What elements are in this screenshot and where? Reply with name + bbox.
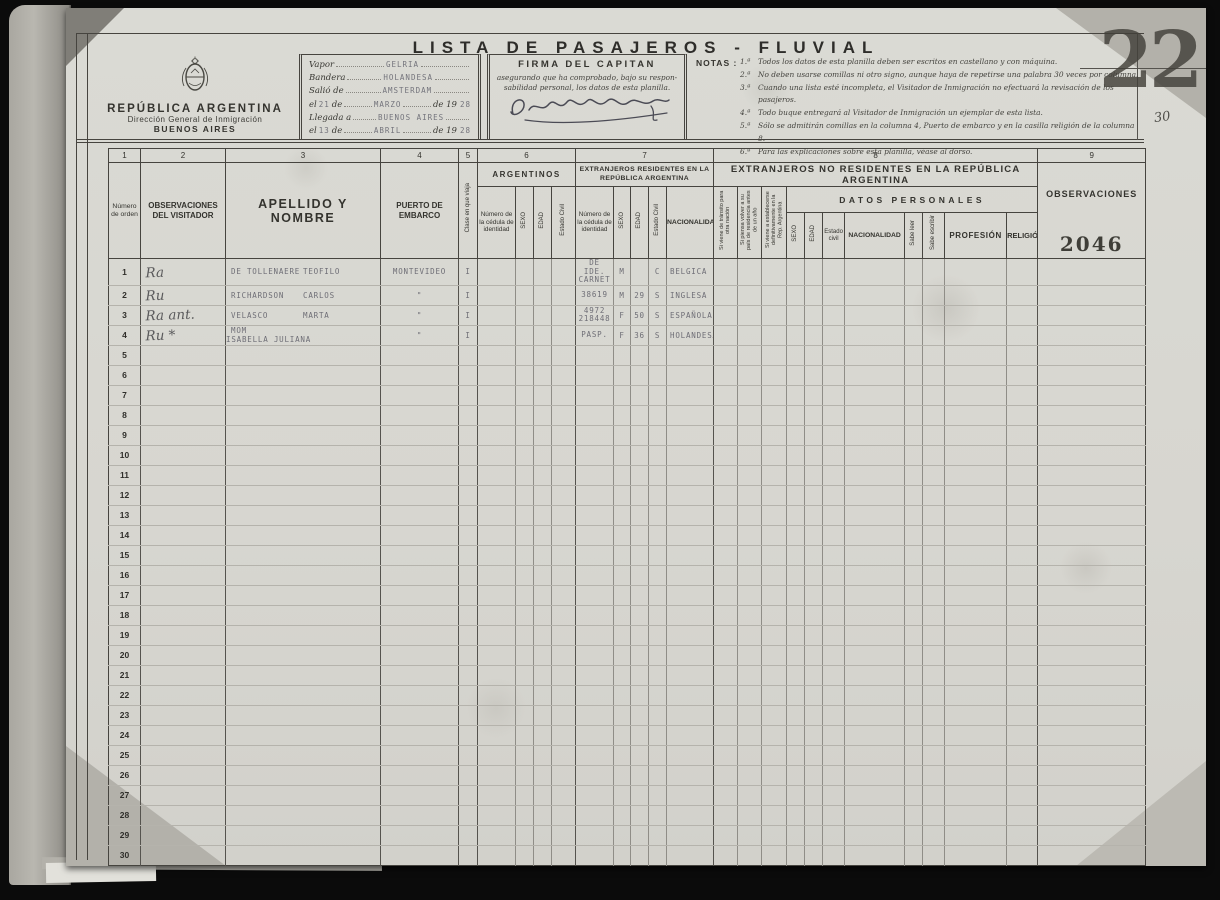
table-cell [1007,785,1038,805]
table-cell [905,365,923,385]
table-cell [614,825,631,845]
table-cell [845,285,905,305]
departure-day: 21 [319,100,330,109]
table-cell [478,465,516,485]
passenger-table: 1 2 3 4 5 6 7 8 9 Número de orden OBSERV… [108,148,1146,866]
table-cell [762,485,787,505]
table-row: 14 [109,525,1146,545]
table-cell [823,525,845,545]
table-cell [516,605,534,625]
table-cell [905,605,923,625]
table-cell [478,605,516,625]
table-cell [1007,545,1038,565]
table-cell [1038,805,1146,825]
table-cell [762,565,787,585]
table-cell [845,605,905,625]
table-cell [226,425,381,445]
table-cell [787,705,805,725]
table-cell: I [459,285,478,305]
table-cell [1038,685,1146,705]
header-group-argentinos: ARGENTINOS [478,163,576,187]
table-cell: 19 [109,625,141,645]
table-cell [905,705,923,725]
table-cell [576,485,614,505]
table-cell [552,585,576,605]
table-cell [649,505,667,525]
table-cell [478,425,516,445]
table-body: 1RaDE TOLLENAERETEOFILOMONTEVIDEOIDE IDE… [109,259,1146,866]
table-cell [787,505,805,525]
table-cell [714,485,738,505]
table-cell [738,325,762,345]
table-cell [667,645,714,665]
table-cell [614,785,631,805]
header-estado-civil-arg: Estado Civil [552,187,576,259]
table-cell: 8 [109,405,141,425]
header-cedula-ext: Número de la cédula de identidad [576,187,614,259]
table-cell: " [381,325,459,345]
table-cell [1038,285,1146,305]
table-cell [805,365,823,385]
table-cell [534,305,552,325]
table-cell [805,845,823,865]
table-cell [905,625,923,645]
header-estado-civil-ext: Estado Civil [649,187,667,259]
table-cell [534,665,552,685]
table-cell [823,385,845,405]
table-cell [805,485,823,505]
table-cell [845,405,905,425]
table-cell [478,305,516,325]
table-cell [1007,259,1038,286]
table-cell [1038,765,1146,785]
header-nacionalidad-ext: NACIONALIDAD [667,187,714,259]
table-cell [714,545,738,565]
table-cell [478,845,516,865]
table-cell: " [381,305,459,325]
col-number: 1 [109,149,141,163]
table-cell [631,625,649,645]
header-observaciones: OBSERVACIONES 2046 [1038,163,1146,259]
table-cell [667,845,714,865]
table-cell [714,385,738,405]
table-row: 7 [109,385,1146,405]
table-cell [823,765,845,785]
table-cell [923,305,945,325]
table-cell [1007,385,1038,405]
table-cell: 11 [109,465,141,485]
table-cell [945,545,1007,565]
table-cell: 23 [109,705,141,725]
table-cell [381,665,459,685]
table-cell [738,505,762,525]
table-cell [631,665,649,685]
table-cell [714,725,738,745]
table-cell [1007,605,1038,625]
table-cell: F [614,305,631,325]
table-cell [945,365,1007,385]
table-cell: 13 [109,505,141,525]
table-cell [714,345,738,365]
header-cedula-arg: Número de la cédula de identidad [478,187,516,259]
table-cell [905,325,923,345]
table-cell [905,345,923,365]
table-cell [845,259,905,286]
table-cell [381,765,459,785]
table-cell [459,825,478,845]
table-cell [823,645,845,665]
table-cell [516,405,534,425]
table-cell [1038,705,1146,725]
page-number-stamp: 22 [1084,22,1214,100]
table-cell [667,505,714,525]
table-cell [478,705,516,725]
table-cell: 14 [109,525,141,545]
table-cell [1007,285,1038,305]
salio-value: AMSTERDAM [383,86,433,95]
table-cell [905,525,923,545]
table-cell [787,259,805,286]
table-cell [787,645,805,665]
header-sabe-leer: Sabe leer [905,213,923,259]
col-number: 2 [141,149,226,163]
table-cell [552,405,576,425]
table-cell [1007,365,1038,385]
table-cell [552,285,576,305]
table-cell [614,385,631,405]
table-row: 17 [109,585,1146,605]
table-cell [923,325,945,345]
table-cell [516,565,534,585]
table-cell [459,365,478,385]
table-cell [845,705,905,725]
table-cell [649,725,667,745]
table-cell [649,525,667,545]
table-cell [631,385,649,405]
table-row: 29 [109,825,1146,845]
table-cell [845,525,905,545]
table-cell: 50 [631,305,649,325]
table-cell [1038,565,1146,585]
table-cell: 12 [109,485,141,505]
table-cell [1007,485,1038,505]
nota-item: 4.ªTodo buque entregará al Visitador de … [740,107,1140,120]
table-cell [226,445,381,465]
table-cell [762,705,787,725]
table-cell [923,285,945,305]
table-cell [945,385,1007,405]
header-estado-civil-nores: Estado civil [823,213,845,259]
table-cell [923,605,945,625]
table-cell [805,645,823,665]
table-cell [845,585,905,605]
table-cell [805,425,823,445]
table-cell [923,625,945,645]
table-cell [478,565,516,585]
table-cell [516,525,534,545]
table-cell [381,585,459,605]
table-cell [1007,405,1038,425]
table-cell [459,465,478,485]
table-cell [823,345,845,365]
table-cell [631,365,649,385]
header-edad-arg: EDAD [534,187,552,259]
vapor-value: GELRIA [386,60,419,69]
table-cell: Ra [140,257,226,286]
table-cell [945,745,1007,765]
departure-date-line: el 21 de MARZO de 19 28 [309,98,471,111]
table-cell [738,365,762,385]
table-cell [552,485,576,505]
agency-department: Dirección General de Inmigración [94,115,296,124]
table-cell [805,525,823,545]
registry-number-stamp: 2046 [1060,232,1124,256]
table-cell [823,505,845,525]
table-cell [905,259,923,286]
table-cell [845,425,905,445]
table-cell [923,445,945,465]
table-cell [1038,405,1146,425]
table-cell [534,765,552,785]
table-cell [787,365,805,385]
table-cell: 9 [109,425,141,445]
table-cell [905,765,923,785]
table-cell [787,465,805,485]
table-cell [534,625,552,645]
vapor-label: Vapor [309,60,334,70]
table-cell [805,765,823,785]
table-cell [1007,725,1038,745]
table-cell [381,485,459,505]
table-cell [762,505,787,525]
header-sexo-nores: SEXO [787,213,805,259]
table-cell [649,825,667,845]
header-piensa-volver: Si piensa volver a su país de residencia… [738,187,762,259]
table-cell [381,565,459,585]
table-cell [945,505,1007,525]
table-cell [805,345,823,365]
table-cell [787,445,805,465]
table-cell [614,645,631,665]
table-cell [576,725,614,745]
table-row: 15 [109,545,1146,565]
header-numero-orden: Número de orden [109,163,141,259]
table-cell [1038,365,1146,385]
table-cell [845,765,905,785]
table-cell [631,745,649,765]
header-edad-ext: EDAD [631,187,649,259]
departure-year: 28 [460,100,471,109]
table-cell [805,825,823,845]
table-cell [614,345,631,365]
table-cell [738,825,762,845]
table-cell [516,345,534,365]
table-cell [631,645,649,665]
table-cell [534,645,552,665]
table-cell [459,685,478,705]
table-cell [787,605,805,625]
bandera-label: Bandera [309,73,345,83]
table-cell [905,545,923,565]
table-cell: 27 [109,785,141,805]
table-cell [552,445,576,465]
table-cell [552,745,576,765]
table-cell [667,405,714,425]
table-cell [381,805,459,825]
table-cell [631,345,649,365]
table-cell [1038,485,1146,505]
table-cell [1038,625,1146,645]
coat-of-arms-icon [178,83,212,100]
table-cell [1038,645,1146,665]
table-cell [823,685,845,705]
table-cell: S [649,305,667,325]
table-cell [226,825,381,845]
table-cell [823,585,845,605]
table-cell [905,565,923,585]
table-cell [738,685,762,705]
header-puerto-embarco: PUERTO DE EMBARCO [381,163,459,259]
header-observaciones-visitador: OBSERVACIONES DEL VISITADOR [141,163,226,259]
table-cell [805,325,823,345]
table-cell [762,385,787,405]
table-cell [738,405,762,425]
table-cell [762,765,787,785]
table-cell [459,665,478,685]
table-cell [738,385,762,405]
table-cell [459,485,478,505]
table-cell [459,605,478,625]
left-margin-line [76,33,77,860]
table-cell [381,825,459,845]
table-cell [552,725,576,745]
table-cell [1038,305,1146,325]
table-cell [805,585,823,605]
table-cell [787,325,805,345]
table-cell [738,585,762,605]
table-cell [787,405,805,425]
table-cell [226,725,381,745]
table-cell [905,785,923,805]
table-cell [923,385,945,405]
captain-signature-box: FIRMA DEL CAPITAN asegurando que ha comp… [487,54,687,140]
table-cell [631,585,649,605]
table-cell [714,285,738,305]
table-cell [805,545,823,565]
table-cell [649,625,667,645]
table-cell [923,585,945,605]
table-cell [631,525,649,545]
table-cell [905,385,923,405]
table-cell [945,705,1007,725]
llegada-value: BUENOS AIRES [378,113,444,122]
table-cell: 36 [631,325,649,345]
table-cell: 21 [109,665,141,685]
table-cell [945,285,1007,305]
table-cell [534,725,552,745]
table-cell [1007,585,1038,605]
table-cell [667,365,714,385]
table-cell [945,525,1007,545]
table-cell [516,705,534,725]
table-cell [534,605,552,625]
table-cell [552,625,576,645]
table-cell [226,585,381,605]
table-cell [823,545,845,565]
table-cell [762,845,787,865]
table-cell [762,305,787,325]
table-cell [1038,725,1146,745]
table-cell [534,445,552,465]
table-cell [945,765,1007,785]
table-cell [534,805,552,825]
table-cell [381,525,459,545]
table-cell [762,725,787,745]
table-cell [631,465,649,485]
table-cell [667,585,714,605]
table-cell [667,745,714,765]
table-cell [631,725,649,745]
header-group-extranjeros-no-residentes: EXTRANJEROS NO RESIDENTES EN LA REPÚBLIC… [714,163,1038,187]
table-cell [845,725,905,745]
table-cell [614,565,631,585]
table-cell [845,665,905,685]
table-cell [714,845,738,865]
table-cell [923,705,945,725]
ship-info-box: Vapor GELRIA Bandera HOLANDESA Salió de … [299,54,481,140]
table-cell: DE TOLLENAERETEOFILO [226,259,381,286]
table-cell [1038,259,1146,286]
header-sexo-ext: SEXO [614,187,631,259]
table-cell [226,485,381,505]
table-cell [649,445,667,465]
table-cell [805,405,823,425]
table-cell [714,645,738,665]
table-row: 19 [109,625,1146,645]
table-cell [905,505,923,525]
table-cell: I [459,259,478,286]
table-cell [805,625,823,645]
table-cell [534,845,552,865]
passenger-row: 4Ru *MOMISABELLA JULIANA"IPASP.F36SHOLAN… [109,325,1146,345]
table-cell [823,445,845,465]
table-cell [1007,345,1038,365]
arrival-date-line: el 13 de ABRIL de 19 28 [309,124,471,137]
table-row: 25 [109,745,1146,765]
table-row: 24 [109,725,1146,745]
table-cell [823,425,845,445]
table-cell [478,825,516,845]
table-row: 23 [109,705,1146,725]
table-cell [516,805,534,825]
table-cell [845,545,905,565]
table-cell [923,845,945,865]
table-cell [1007,805,1038,825]
notes-box: NOTAS : 1.ªTodos los datos de esta plani… [696,52,1140,140]
table-cell [714,665,738,685]
table-cell [738,605,762,625]
table-cell [1007,305,1038,325]
table-cell [714,705,738,725]
table-cell [823,825,845,845]
table-cell [459,525,478,545]
table-cell [459,565,478,585]
table-cell [823,725,845,745]
table-cell [667,785,714,805]
table-cell [381,405,459,425]
table-cell [649,705,667,725]
table-cell [787,485,805,505]
